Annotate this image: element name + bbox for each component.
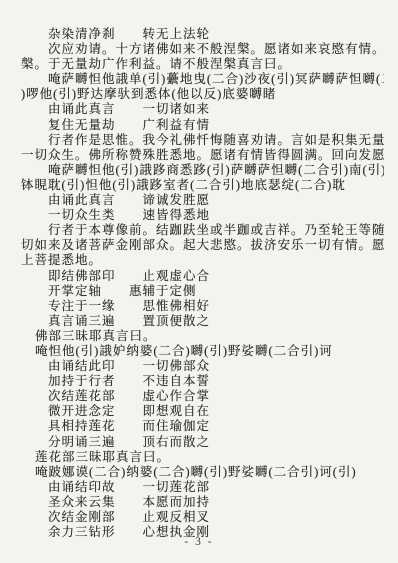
text-line: 专注于一缘 思惟佛相好 [21,299,384,314]
page-number: - 3 - [0,536,398,548]
text-line: )啰他(引)野达摩驮到悉体(他以反)底婆嚩睹 [21,87,384,102]
text-line: 钵睍耽(引)怛他(引)誐跢室者(二合引)地底瑟绽(二合)耽 [21,178,384,193]
text-line: 次结金刚部 止观反相叉 [21,510,384,525]
text-line: 分明诵三遍 顶右而散之 [21,435,384,450]
text-line: 微开进念定 即想观自在 [21,404,384,419]
text-line: 行者于本尊像前。结跏趺坐或半跏或吉祥。乃至轮王等随意而坐。复想一 [21,223,384,238]
text-line: 次结莲花部 虚心作合掌 [21,389,384,404]
text-line: 复住无量劫 广利益有情 [21,118,384,133]
text-line: 由诵结印故 一切莲花部 [21,480,384,495]
text-line: 唵怛他(引)誐妒纳婆(二合)嚩(引)野娑嚩(二合引)诃 [21,344,384,359]
text-line: 切如来及诸菩萨金刚部众。起大悲愍。拔济安乐一切有情。愿一切众生速得无 [21,238,384,253]
text-line: 真言诵三遍 置顶便散之 [21,314,384,329]
text-line: 佛部三昧耶真言曰。 [21,329,384,344]
text-line: 槃。于无量劫广作利益。请不般涅槃真言曰。 [21,57,384,72]
text-line: 一切众生。佛所称赞殊胜悉地。愿诸有情皆得圆满。回向发愿真言曰。 [21,148,384,163]
text-line: 杂染清净刹 转无上法轮 [21,27,384,42]
text-line: 一切众生类 速皆得悉地 [21,208,384,223]
text-line: 次应劝请。十方诸佛如来不般涅槃。愿诸如来哀愍有情。久住世间不般涅 [21,42,384,57]
text-line: 由诵此真言 谛诚发胜愿 [21,193,384,208]
text-line: 唵萨嚩怛他誐单(引)虆地曳(二合)沙夜(引)冥萨嚩萨怛嚩(二合)呬哆(引 [21,72,384,87]
text-line: 加持于行者 不违自本誓 [21,374,384,389]
text-line: 由诵结此印 一切佛部众 [21,359,384,374]
text-line: 具相持莲花 而住瑜伽定 [21,419,384,434]
document-text-block: 杂染清净刹 转无上法轮次应劝请。十方诸佛如来不般涅槃。愿诸如来哀愍有情。久住世间… [21,27,384,540]
text-line: 唵萨嚩怛他(引)誐跢商悉跢(引)萨嚩萨怛嚩(二合引)南(引)萨嚩悉地药三 [21,163,384,178]
text-line: 即结佛部印 止观虚心合 [21,269,384,284]
text-line: 行者作是思惟。我今礼佛忏悔随喜劝请。言如是积集无量福智。愿皆回向 [21,133,384,148]
text-line: 唵跛娜谟(二合)纳婆(二合)嚩(引)野娑嚩(二合引)诃(引) [21,465,384,480]
text-line: 由诵此真言 一切诸如来 [21,102,384,117]
text-line: 莲花部三昧耶真言曰。 [21,450,384,465]
text-line: 圣众来云集 本愿而加持 [21,495,384,510]
text-line: 上菩提悉地。 [21,253,384,268]
document-page: 杂染清净刹 转无上法轮次应劝请。十方诸佛如来不般涅槃。愿诸如来哀愍有情。久住世间… [0,0,398,563]
text-line: 开掌定轴 惠辅于定侧 [21,284,384,299]
